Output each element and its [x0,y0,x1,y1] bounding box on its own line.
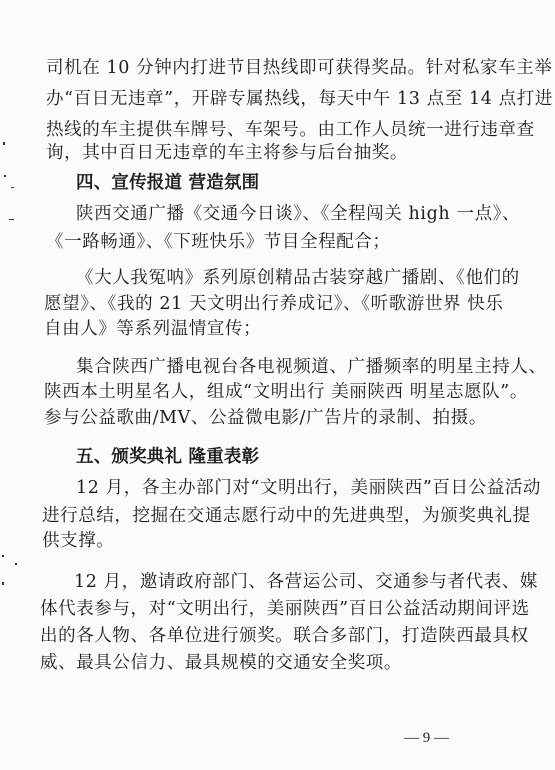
body-line: 司机在 10 分钟内打进节目热线即可获得奖品。针对私家车主举 [46,57,552,79]
body-line: 威、最具公信力、最具规模的交通安全奖项。 [40,652,402,674]
scan-speck [4,175,6,177]
body-line: 集合陕西广播电视台各电视频道、广播频率的明星主持人、 [76,356,547,378]
body-line: 出的各人物、各单位进行颁奖。联合多部门，打造陕西最具权 [40,625,529,647]
scan-speck [15,563,17,565]
body-line: 陕西交通广播《交通今日谈》、《全程闯关 high 一点》、 [76,203,520,225]
scan-speck [3,142,5,145]
body-line: 陕西本土明星名人，组成“文明出行 美丽陕西 明星志愿队”。 [44,381,528,403]
body-line: 愿望》、《我的 21 天文明出行养成记》、《听歌游世界 快乐 [44,293,503,315]
section-heading: 五、颁奖典礼 隆重表彰 [76,446,259,468]
page-number: — 9 — [404,730,449,747]
body-line: 办“百日无违章”，开辟专属热线，每天中午 13 点至 14 点打进 [46,88,553,110]
body-line: 热线的车主提供车牌号、车架号。由工作人员统一进行违章查 [46,119,535,141]
body-line: 供支撑。 [42,530,114,552]
section-heading: 四、宣传报道 营造氛围 [76,172,259,194]
scan-speck [11,187,14,188]
scan-speck [2,555,4,557]
body-line: 参与公益歌曲/MV、公益微电影/广告片的录制、拍摄。 [44,407,487,429]
body-line: 《一路畅通》、《下班快乐》节目全程配合； [46,231,391,253]
body-line: 体代表参与，对“文明出行，美丽陕西”百日公益活动期间评选 [40,598,530,620]
body-line: 进行总结，挖掘在交通志愿行动中的先进典型，为颁奖典礼提 [42,505,531,527]
body-line: 询，其中百日无违章的车主将参与后台抽奖。 [46,142,408,164]
scan-speck [9,219,14,220]
body-line: 12 月，各主办部门对“文明出行，美丽陕西”百日公益活动 [76,477,541,499]
body-line: 自由人》等系列温情宣传； [44,318,261,340]
scan-speck [2,582,4,585]
body-line: 《大人我冤呐》系列原创精品古装穿越广播剧、《他们的 [76,267,520,289]
document-page: 司机在 10 分钟内打进节目热线即可获得奖品。针对私家车主举 办“百日无违章”，… [0,0,555,770]
body-line: 12 月，邀请政府部门、各营运公司、交通参与者代表、媒 [74,571,538,593]
